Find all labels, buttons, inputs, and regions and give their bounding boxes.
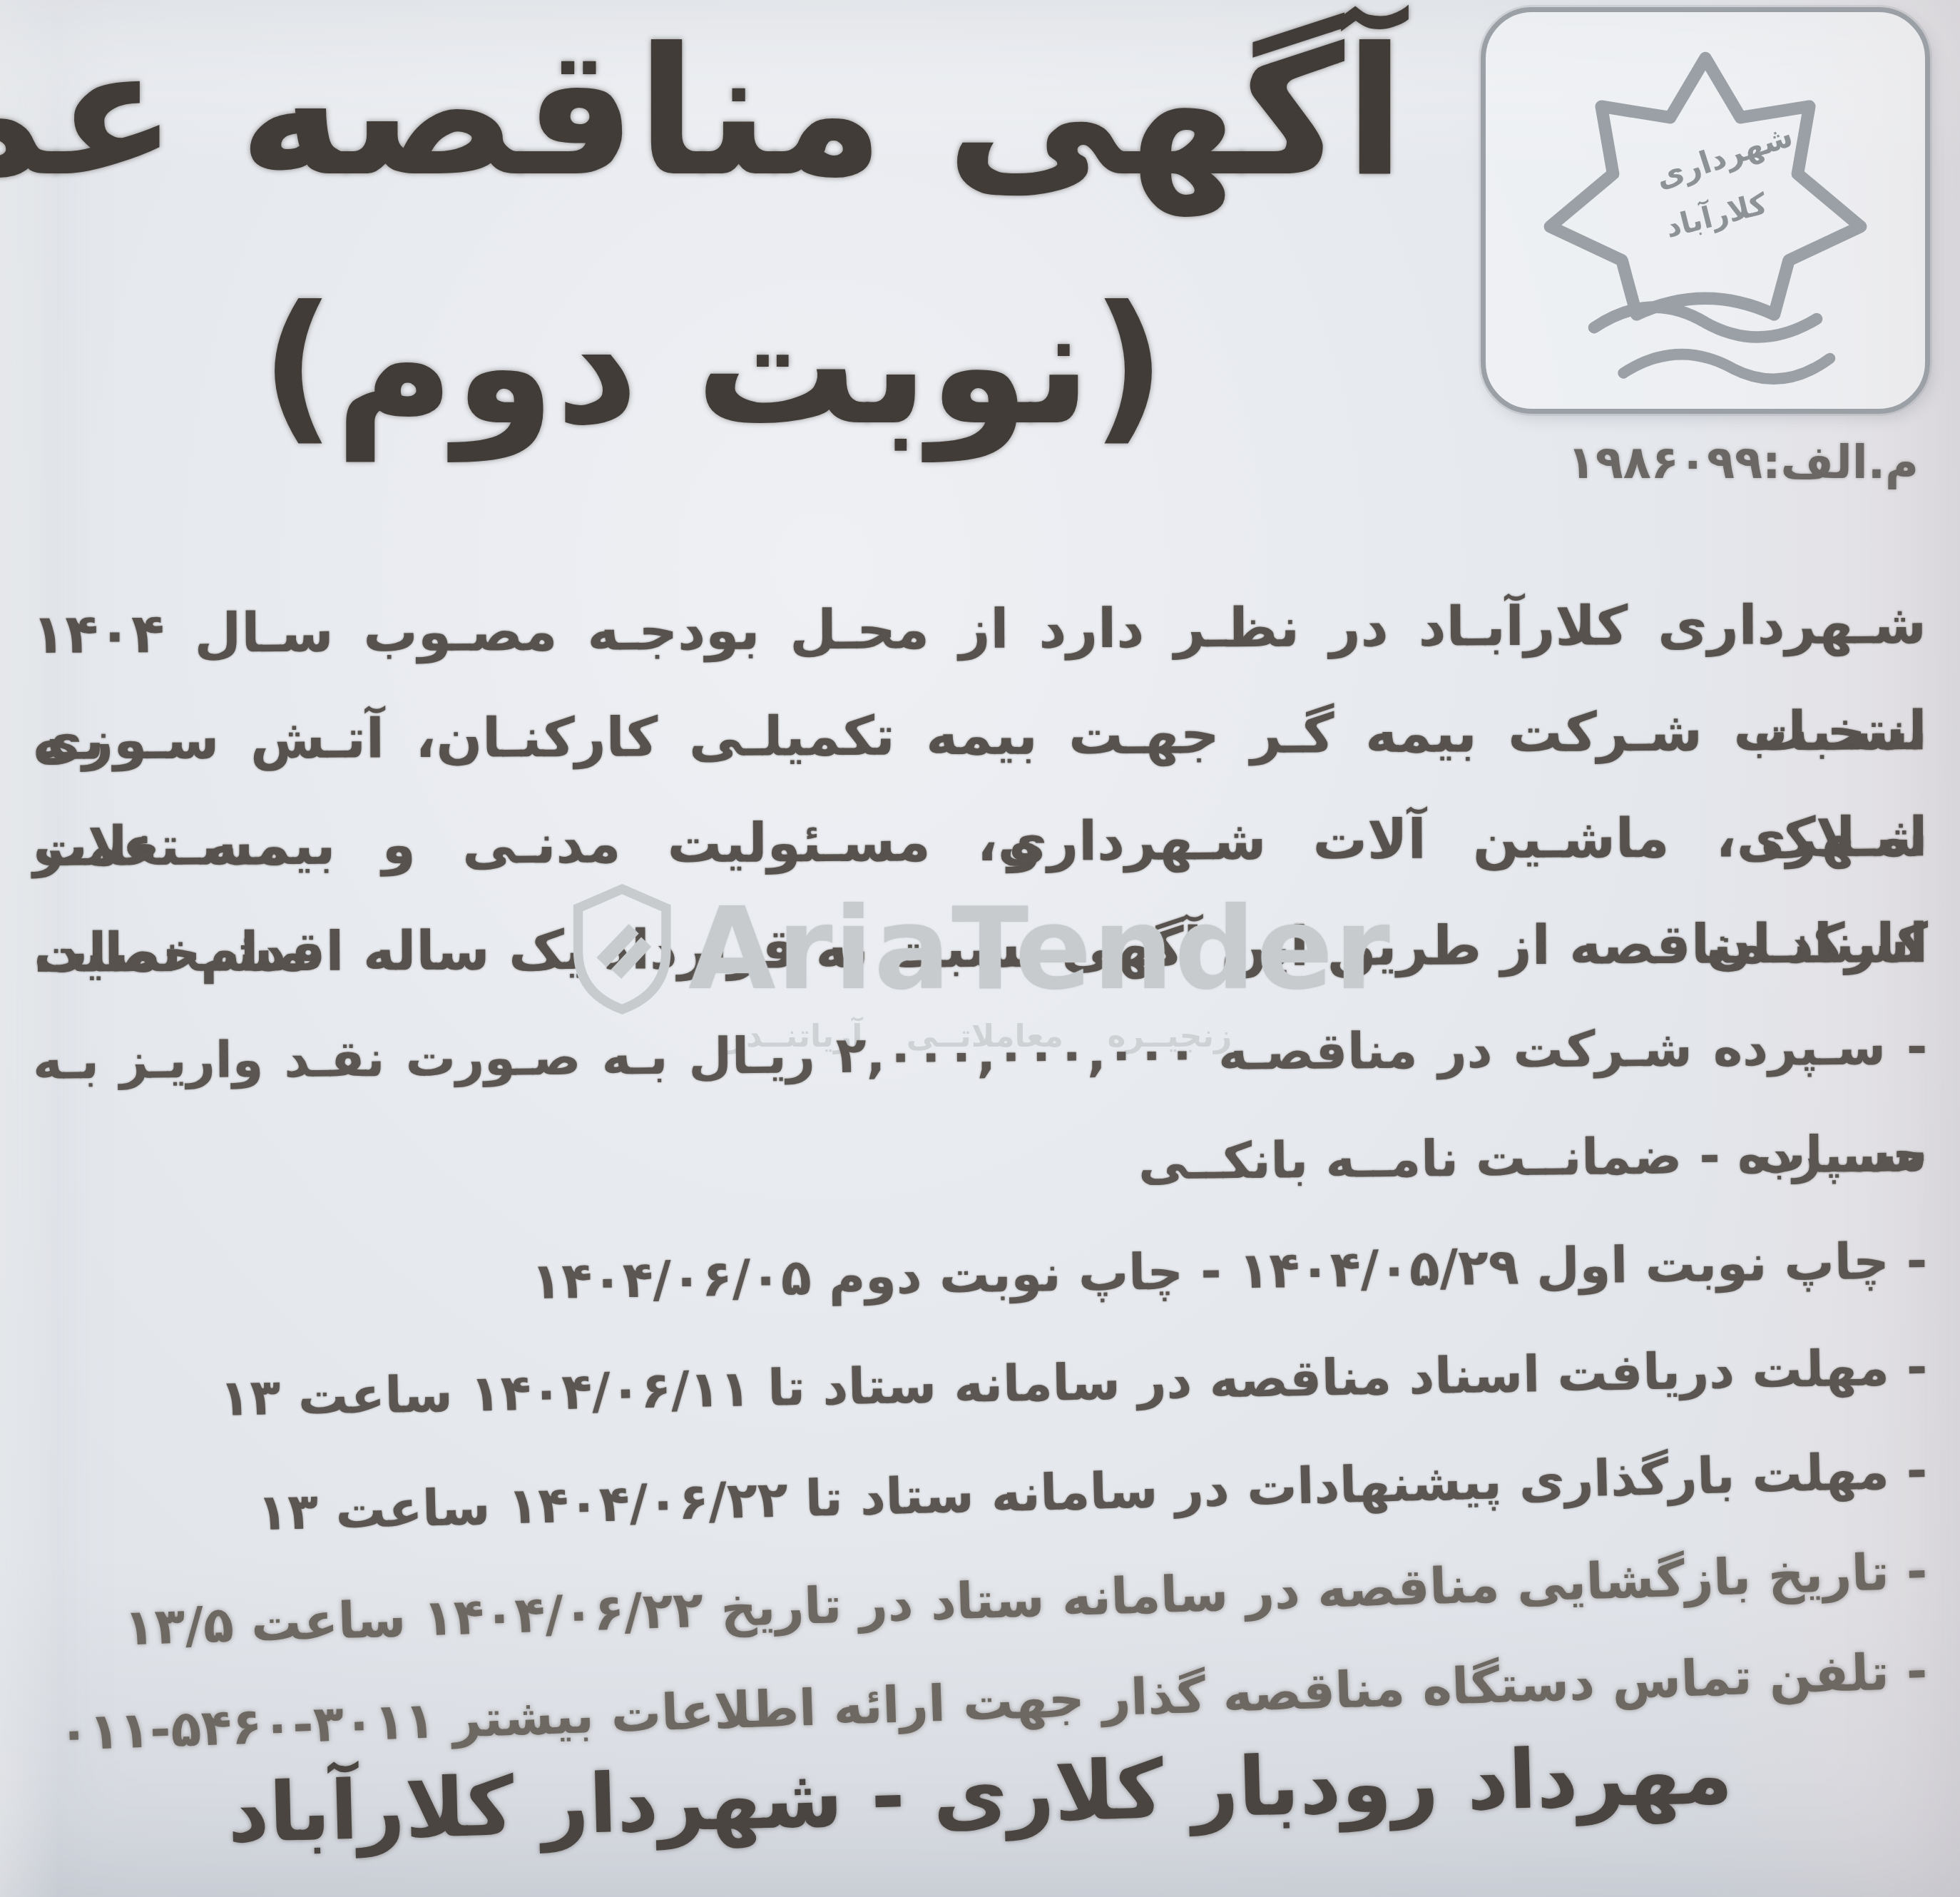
logo-text-line1: شهرداری xyxy=(1651,118,1797,196)
page-subtitle: (نوبت دوم) xyxy=(136,248,1291,484)
scanned-tender-advertisement: آگهی مناقصه عمومی (نوبت دوم) شهرداری کلا… xyxy=(0,0,1960,1897)
ref-number: م.الف:۱۹۸۶۰۹۹ xyxy=(1568,437,1919,489)
list-item-deposit-cont: ســپرده - ضمانــت نامــه بانکــی xyxy=(32,1100,1927,1227)
paragraph-line: شـهری، ماشـین آلات شـهرداری، مسـئولیت مد… xyxy=(33,783,1928,900)
municipality-star-icon: شهرداری کلارآباد xyxy=(1486,12,1925,409)
logo-text-line2: کلارآباد xyxy=(1662,185,1771,245)
paragraph-line: انتخـاب شـرکت بیمه گـر جهـت بیمه تکمیلـی… xyxy=(32,677,1927,793)
municipality-logo: شهرداری کلارآباد xyxy=(1481,7,1930,414)
page-title: آگهی مناقصه عمومی xyxy=(0,0,1405,238)
paragraph-line: شـهرداری کلارآبـاد در نظـر دارد از محـل … xyxy=(31,571,1926,687)
tender-details-list: - سـپرده شـرکت در مناقصـه ۲,۰۰۰,۰۰۰,۰۰۰ … xyxy=(33,993,1927,1721)
list-item-deposit: - سـپرده شـرکت در مناقصـه ۲,۰۰۰,۰۰۰,۰۰۰ … xyxy=(32,993,1927,1115)
